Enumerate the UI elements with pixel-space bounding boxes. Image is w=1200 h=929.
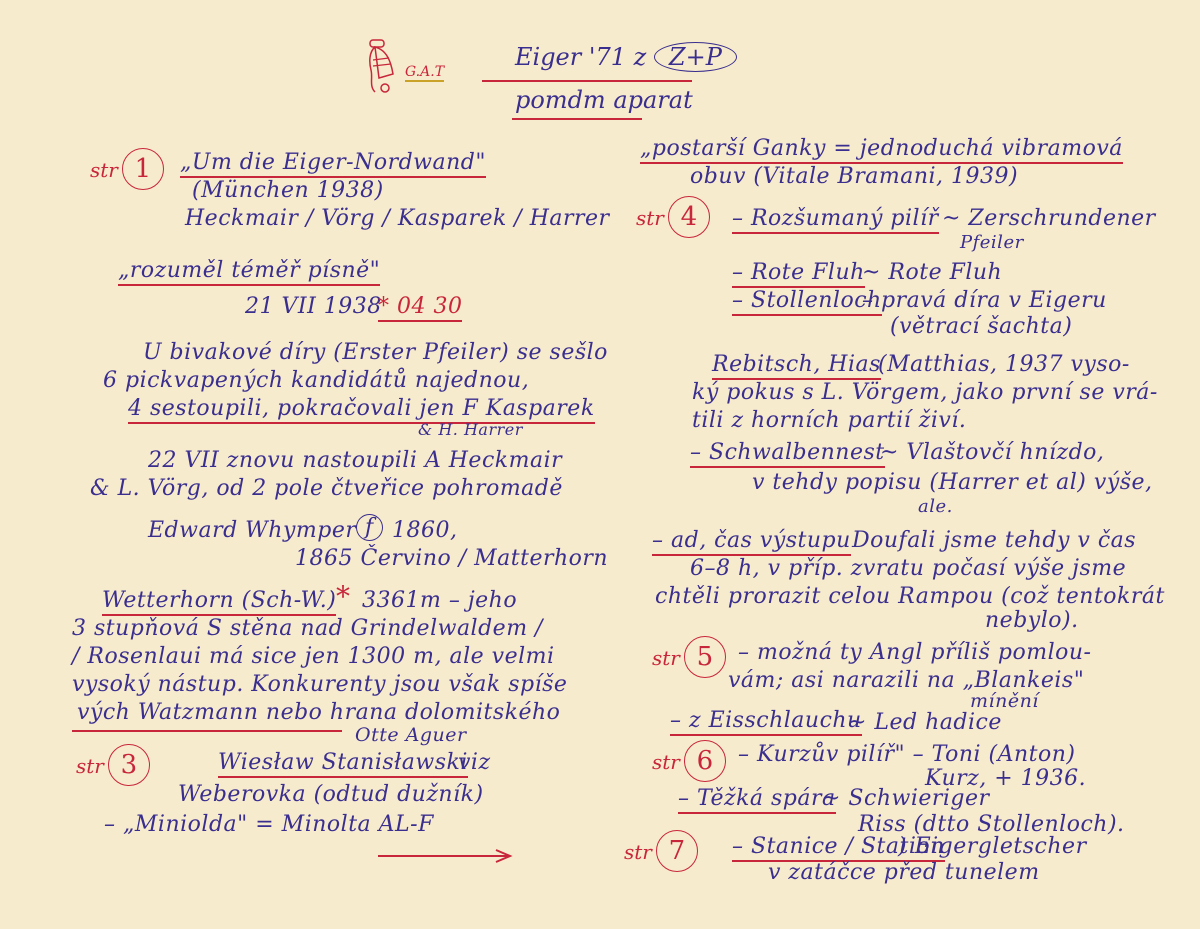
text-line: vých Watzmann nebo hrana dolomitského — [77, 700, 560, 725]
bell-logo-icon — [365, 38, 407, 96]
text-line: „Um die Eiger-Nordwand" — [180, 150, 486, 175]
text-line: Wetterhorn (Sch-W.) — [102, 588, 336, 613]
page-ref-label: str — [90, 158, 118, 182]
text-line: (München 1938) — [192, 178, 384, 203]
page-number-circle: 6 — [684, 740, 726, 782]
title-underline — [482, 80, 692, 82]
text-line: ~ Zerschrundener — [942, 206, 1156, 231]
text-line: chtěli prorazit celou Rampou (což tentok… — [655, 584, 1165, 609]
text-line: viz — [458, 750, 491, 775]
text-line: 22 VII znovu nastoupili A Heckmair — [148, 448, 562, 473]
text-line: 4 sestoupili, pokračovali jen F Kasparek — [128, 396, 595, 421]
text-line: 1865 Červino / Matterhorn — [295, 546, 608, 571]
page-ref-label: str — [624, 840, 652, 864]
page-number-circle: 3 — [108, 744, 150, 786]
text-line: „postarší Ganky = jednoduchá vibramová — [640, 136, 1123, 161]
text-line: 1860, — [392, 518, 457, 543]
logo-label: G.A.T — [405, 64, 444, 82]
text-line: – Těžká spára — [678, 786, 836, 811]
text-line: Wiesław Stanisławski — [218, 750, 468, 775]
text-line: Rebitsch, Hias — [712, 352, 881, 377]
text-line: * 04 30 — [378, 294, 462, 319]
page-ref-label: str — [652, 646, 680, 670]
page-ref-1: str1 — [90, 148, 164, 190]
header-title: Eiger '71 z Z+P — [515, 42, 737, 72]
text-line: „rozuměl téměř písně" — [118, 258, 380, 283]
text-line: – Schwalbennest — [690, 440, 885, 465]
text-line: 3361m – jeho — [362, 588, 517, 613]
page-number-circle: 4 — [668, 196, 710, 238]
page-number-circle: 1 — [122, 148, 164, 190]
text-line: – z Eisschlauchu — [670, 708, 862, 733]
text-line: (větrací šachta) — [890, 314, 1072, 339]
title-text: Eiger '71 z — [515, 43, 646, 71]
text-line: Pfeiler — [960, 232, 1024, 253]
text-line: ký pokus s L. Vörgem, jako první se vrá- — [692, 380, 1158, 405]
circled-f: f — [356, 514, 383, 541]
text-line: vysoký nástup. Konkurenty jsou však spíš… — [72, 672, 567, 697]
text-line: Heckmair / Vörg / Kasparek / Harrer — [185, 206, 610, 231]
text-line: obuv (Vitale Bramani, 1939) — [690, 164, 1018, 189]
page-ref-label: str — [76, 754, 104, 778]
asterisk-icon: * — [336, 580, 351, 613]
text-line: 6–8 h, v příp. zvratu počasí výše jsme — [690, 556, 1126, 581]
page-ref-label: str — [652, 750, 680, 774]
text-line: U bivakové díry (Erster Pfeiler) se sešl… — [143, 340, 608, 365]
text-line: Edward Whymper — [148, 518, 356, 543]
text-line: ale. — [918, 496, 953, 517]
page-ref-3: str3 — [76, 744, 150, 786]
text-line: Weberovka (odtud dužník) — [178, 782, 484, 807]
text-line: 3 stupňová S stěna nad Grindelwaldem / — [72, 616, 543, 641]
text-line: tili z horních partií živí. — [692, 408, 966, 433]
text-line: – Stollenloch — [732, 288, 882, 313]
subtitle-underline — [512, 118, 642, 120]
text-line: – možná ty Angl příliš pomlou- — [738, 640, 1091, 665]
handwritten-page: G.A.T Eiger '71 z Z+P pomdm aparat str1 … — [0, 0, 1200, 929]
text-line: (Matthias, 1937 vyso- — [878, 352, 1130, 377]
text-line: – Kurzův pilíř" – Toni (Anton) — [738, 742, 1076, 767]
text-line: – Rozšumaný pilíř — [732, 206, 939, 231]
arrow-right-icon — [378, 848, 513, 864]
text-line: Doufali jsme tehdy v čas — [852, 528, 1136, 553]
text-line: / Rosenlaui má sice jen 1300 m, ale velm… — [72, 644, 555, 669]
text-line: – pravá díra v Eigeru — [862, 288, 1107, 313]
divider-line — [72, 730, 342, 732]
text-line: – „Miniolda" = Minolta AL-F — [104, 812, 434, 837]
page-ref-4: str4 — [636, 196, 710, 238]
text-line: 21 VII 1938 — [245, 294, 382, 319]
page-ref-7: str7 — [624, 830, 698, 872]
text-line: nebylo). — [985, 608, 1079, 633]
text-line: ~ Schwieriger — [822, 786, 990, 811]
text-line: ~ Rote Fluh — [862, 260, 1002, 285]
page-ref-label: str — [636, 206, 664, 230]
page-number-circle: 5 — [684, 636, 726, 678]
page-number-circle: 7 — [656, 830, 698, 872]
page-ref-5: str5 — [652, 636, 726, 678]
header-subtitle: pomdm aparat — [515, 86, 693, 114]
text-line: v zatáčce před tunelem — [768, 860, 1040, 885]
text-line: ~ Led hadice — [848, 710, 1002, 735]
text-line: & L. Vörg, od 2 pole čtveřice pohromadě — [90, 476, 563, 501]
text-line: 6 pickvapených kandidátů najednou, — [103, 368, 529, 393]
text-line: mínění — [970, 690, 1039, 712]
text-line: – ad, čas výstupu — [652, 528, 851, 553]
text-line: ~ Vlaštovčí hnízdo, — [880, 440, 1104, 465]
text-line: ) Eigergletscher — [898, 834, 1087, 859]
page-ref-6: str6 — [652, 740, 726, 782]
text-line: v tehdy popisu (Harrer et al) výše, — [752, 470, 1153, 495]
circled-title: Z+P — [654, 42, 737, 72]
text-line: & H. Harrer — [418, 420, 523, 439]
text-line: – Rote Fluh — [732, 260, 865, 285]
text-line: Otte Aguer — [355, 724, 467, 746]
